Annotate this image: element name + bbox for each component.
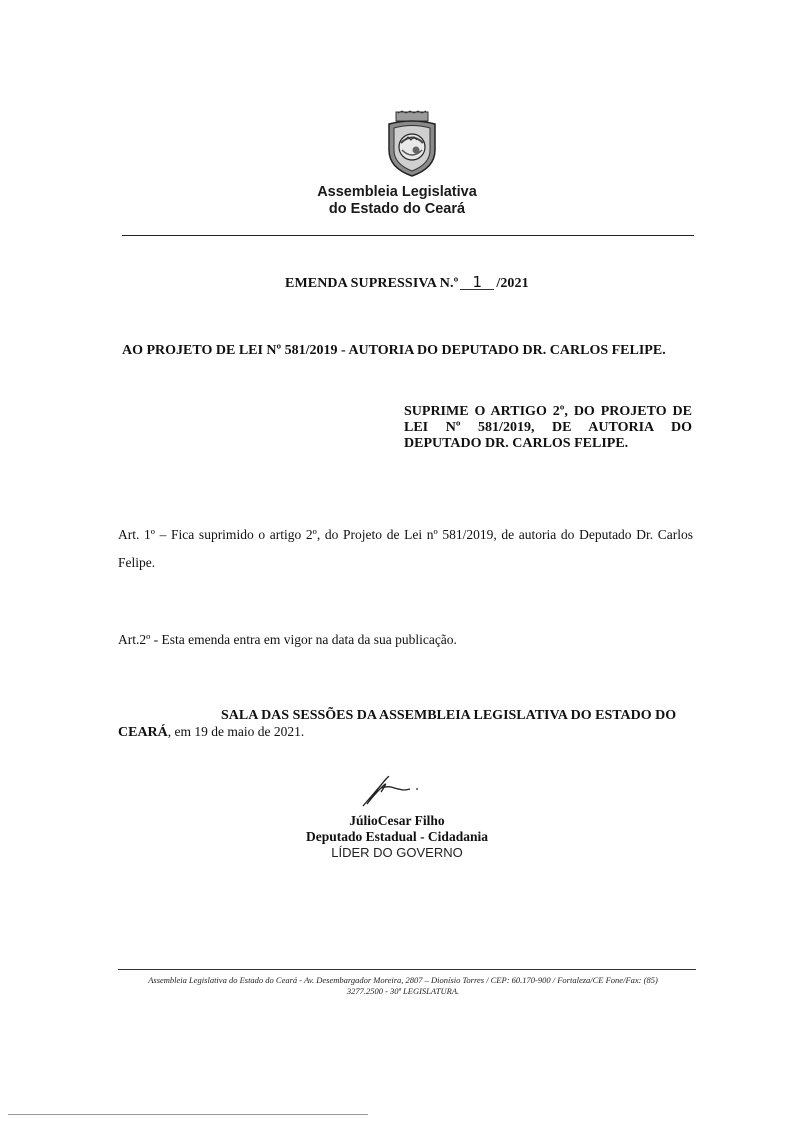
signer-role: Deputado Estadual - Cidadania (0, 829, 794, 845)
footer-line2: 3277.2500 - 30ª LEGISLATURA. (112, 986, 694, 997)
scan-edge-line (8, 1114, 368, 1115)
footer-divider (118, 969, 696, 970)
bill-reference-heading: AO PROJETO DE LEI Nº 581/2019 - AUTORIA … (122, 343, 666, 359)
signer-title: LÍDER DO GOVERNO (0, 845, 794, 861)
title-prefix: EMENDA SUPRESSIVA N.º (285, 276, 458, 291)
document-title: EMENDA SUPRESSIVA N.º1/2021 (285, 275, 529, 292)
org-name-line1: Assembleia Legislativa (0, 184, 794, 201)
organization-header: Assembleia Legislativa do Estado do Cear… (0, 184, 794, 218)
article-1: Art. 1º – Fica suprimido o artigo 2º, do… (118, 521, 693, 577)
signer-name: JúlioCesar Filho (0, 813, 794, 829)
amendment-number: 1 (460, 275, 494, 290)
ementa-summary: SUPRIME O ARTIGO 2º, DO PROJETO DE LEI N… (404, 404, 692, 452)
signer-block: JúlioCesar Filho Deputado Estadual - Cid… (0, 813, 794, 861)
article-2: Art.2º - Esta emenda entra em vigor na d… (118, 632, 457, 648)
header-divider (122, 235, 694, 236)
closing-date: , em 19 de maio de 2021. (168, 724, 304, 739)
org-name-line2: do Estado do Ceará (0, 201, 794, 218)
handwritten-signature-icon (355, 770, 435, 810)
footer-address: Assembleia Legislativa do Estado do Cear… (112, 975, 694, 997)
footer-line1: Assembleia Legislativa do Estado do Cear… (112, 975, 694, 986)
ceara-state-coat-of-arms-icon (383, 110, 441, 178)
closing-statement: SALA DAS SESSÕES DA ASSEMBLEIA LEGISLATI… (118, 707, 693, 741)
title-suffix: /2021 (496, 276, 528, 291)
